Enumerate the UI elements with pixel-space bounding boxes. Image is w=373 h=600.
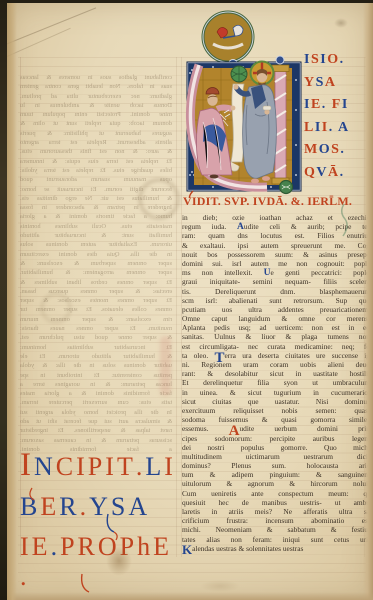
text-line: sodoma fuissemus & quasi gomorra similes (182, 415, 370, 424)
text-line: dominus? Plenus sum. holocausta arie (182, 461, 370, 470)
text-line: uitulorum & agnorum & hircorum nolui. (182, 479, 370, 488)
show-through-initial-ghost (40, 292, 72, 324)
text-line: multitudinem uictimarum uestrarum dicit (182, 452, 370, 461)
text-line: nouit bos possessorem suum: & asinus pre… (182, 250, 370, 259)
text-line: graui iniquitate- semini nequam- filiis … (182, 277, 370, 286)
text-line: dei nostri populus gomorre. Quo michi (182, 443, 370, 452)
page-edge-bottom (6, 592, 373, 600)
show-through-line: & humiliabitur altitudo uirorum. Et ele (20, 352, 172, 361)
show-through-line: scissuras petrarum & in cauernas saxorum… (20, 436, 172, 445)
photo-edge-top (0, 0, 373, 3)
show-through-line: luncas petrarum: & in uoragines terre a (20, 380, 172, 389)
show-through-line: Domus iacob uenite & ambulemus in lu (20, 101, 172, 110)
show-through-line: & auro: & non est finis thesaurorum eius… (20, 147, 172, 156)
text-line: Et derelinquetur filia syon ut umbraculu… (182, 378, 370, 387)
show-through-line: gladium: nec exercebuntur ultra ad preli… (20, 92, 172, 101)
text-line: ni. Regionem uram coram uobis alieni deu… (182, 360, 370, 369)
text-line: sicut ciuitas que uastatur. Nisi dominus (182, 397, 370, 406)
show-through-line: Et repleta est terra eius equis: & innum… (20, 157, 172, 166)
show-through-red-smear (160, 336, 171, 396)
text-line: tum & adipem pinguium: & sanguinem (182, 470, 370, 479)
show-through-line: Et super omnes cedros libani sublimes & (20, 278, 172, 287)
text-line: in uinea. & sicut tugurium in cucumerari… (182, 388, 370, 397)
text-line: exercituum reliquisset nobis semen: quas… (182, 406, 370, 415)
text-line: domini sui. isrl autem me non cognouit: … (182, 259, 370, 268)
initial-v-illustration (183, 10, 305, 198)
stain (106, 546, 132, 576)
show-through-line: domum iacob: quia repleti sunt ut olim & (20, 119, 172, 128)
text-line: Omne caput languidum & omne cor merens. (182, 314, 370, 323)
text-line: pcutiam uos ultra addentes preuarication… (182, 305, 370, 314)
text-line: michi. Neomeniam & sabbatum & festiui (182, 525, 370, 534)
text-line: ta oleo. Terra ura deserta ciuitates ure… (182, 351, 370, 360)
stain (200, 580, 240, 592)
show-through-line: augures habuerunt ut philistim: & pueris (20, 129, 172, 138)
text-line: tates alias non feram: iniqui sunt cetus… (182, 535, 370, 544)
text-line: ISIO. (304, 52, 368, 75)
show-through-line: uabitur dominus solus in die illa: & ydo… (20, 361, 172, 370)
show-through-line: raret talpas & uespertiliones. Et ingred… (20, 426, 172, 435)
page-edge-right (363, 0, 373, 600)
show-through-line: penitus conterentur. Et introibunt in sp… (20, 371, 172, 380)
text-line: YSA (304, 75, 368, 98)
text-line: crificium frustra: incensum abominatio e… (182, 516, 370, 525)
show-through-line: mine domini. Proiecisti enim populum tuu… (20, 110, 172, 119)
historiated-initial-V (183, 10, 305, 198)
text-line: LII. A (304, 120, 368, 143)
text-line: Aplanta pedis usq; ad uerticem: non est … (182, 323, 370, 332)
column-finial (276, 56, 284, 64)
text-line: scm isrl: abalienati sunt retrorsum. Sup… (182, 296, 370, 305)
show-through-line: suas in falces. Non leuabit gens contra … (20, 82, 172, 91)
main-text-column: in dieb; ozie ioathan achaz et ezechiere… (182, 213, 370, 553)
show-through-line: conflabunt gladios suos in uomeres & lan… (20, 73, 172, 82)
show-through-line: erectas: & super omnes quercus basan. (20, 287, 172, 296)
show-through-line: maiestatis eius. Oculi sublimes hominis (20, 222, 172, 231)
text-line: MOS. (304, 142, 368, 165)
show-through-line: tatis eius: cum surrexerit percutere ter… (20, 398, 172, 407)
show-through-line: super omnem superbum & excelsum: & (20, 259, 172, 268)
show-through-line: Et incuruabitur sublimitas hominum: (20, 343, 172, 352)
text-line: ms non intellexit. Ue genti peccatrici: … (182, 268, 370, 277)
text-line: & exaltaui. ipsi autem spreuerunt me. Co… (182, 241, 370, 250)
text-line: laretis in atriis meis? Ne afferatis ult… (182, 507, 370, 516)
stain (334, 18, 348, 28)
show-through-line: In die illa proiciet homo ydola argenti … (20, 408, 172, 417)
text-line: QVĀ. (304, 165, 368, 188)
text-line: Cum ueniretis ante conspectum meum: qs (182, 489, 370, 498)
text-line: est circumligata- nec curata medicamine:… (182, 342, 370, 351)
show-through-line: super omnem arrogantem: & humiliabitur. (20, 268, 172, 277)
show-through-line: humiliati sunt: & incuruabitur altitudo (20, 231, 172, 240)
show-through-line: uirorum. Exaltabitur autem dominus solus (20, 240, 172, 249)
show-through-text-column: conflabunt gladios suos in uomeres & lan… (20, 73, 172, 455)
show-through-line: biles quadrige eius. Et repleta est terr… (20, 166, 172, 175)
text-line: rant: & desolabitur sicut in uastitate h… (182, 369, 370, 378)
show-through-line: & simulacra auri sui que fecerat sibi ut… (20, 417, 172, 426)
text-line: IE. FI (304, 97, 368, 120)
text-line: tis. Dereliquerunt dnm. blasphemauerunt (182, 287, 370, 296)
photo-edge-left (0, 0, 7, 600)
text-line: sanitas. Uulnus & liuor & plaga tumens n… (182, 332, 370, 341)
incipit-flourishes (20, 452, 190, 597)
text-line: quesiuit hec de manibus uestris- ut ambu (182, 498, 370, 507)
text-line: cipes sodomorum: percipite auribus legem (182, 434, 370, 443)
show-through-line: & super omne quod uisu pulchrum est. (20, 333, 172, 342)
show-through-line: facie formidinis domini & a gloria maies (20, 389, 172, 398)
manuscript-page-photo: conflabunt gladios suos in uomeres & lan… (0, 0, 373, 600)
text-line: essemus. Audite uerbum domini prin (182, 424, 370, 433)
binding-edge (6, 3, 17, 600)
show-through-line: in die illa. Quia dies domini exercituum (20, 250, 172, 259)
margin-flourish (338, 203, 350, 237)
visio-opening-capitals: ISIO.YSAIE. FILII. AMOS.QVĀ. (304, 52, 368, 188)
show-through-line: alienis adheserunt. Repleta est terra ar… (20, 138, 172, 147)
show-through-initial-ghost (138, 178, 180, 220)
show-through-line: munitum. Et super omnes naues tharsis: (20, 324, 172, 333)
text-line: Kalendas uestras & solennitates uestras (182, 544, 370, 553)
